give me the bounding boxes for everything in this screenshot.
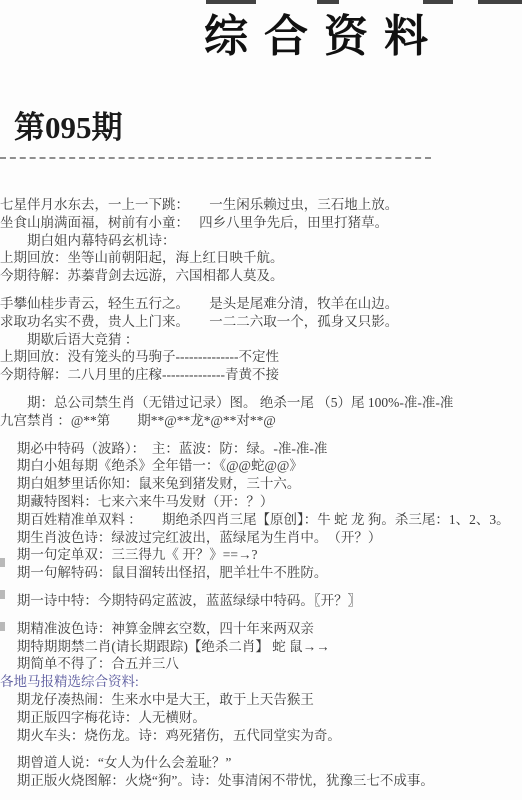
text-line: 期龙仔凑热闹：生来水中是大王，敢于上天告猴王 [0, 691, 522, 709]
cropped-glyph-fragment [423, 0, 453, 4]
text-line: 期白姐梦里话你知：鼠来兔到猪发财，三十六。 [0, 475, 522, 493]
text-line: 期藏特图料：七来六来牛马发财（开：？） [0, 493, 522, 511]
text-line: 上期回放：坐等山前朝阳起，海上红日映千航。 [0, 249, 522, 267]
text-line: 求取功名实不费，贵人上门来。 一二二六取一个，孤身又只影。 [0, 313, 522, 331]
scanned-lottery-info-sheet: { "page": { "title": "综合资料", "issue": "第… [0, 0, 522, 800]
text-line: 期必中特码（波路）： 主：蓝波：防：绿。-准-准-准 [0, 440, 522, 458]
text-line: 期正版火烧图解：火烧“狗”。诗：处事清闲不带忧，犹豫三七不成事。 [0, 772, 522, 790]
text-line: 期生肖波色诗：绿波过完红波出，蓝绿尾为生肖中。 （开？） [0, 529, 522, 547]
text-line: 期白姐内幕特码玄机诗： [0, 232, 522, 250]
cropped-glyph-fragment [0, 590, 5, 599]
text-line: 期精准波色诗：神算金牌玄空数，四十年来两双亲 [0, 620, 522, 638]
text-line: 期歇后语大竞猜 ： [0, 331, 522, 349]
cropped-glyph-fragment [206, 0, 256, 4]
text-line: 期白小姐每期《绝杀》全年错一：《@@蛇@@》 [0, 457, 522, 475]
issue-number-heading: 第095期 [14, 110, 522, 146]
text-line: 九宫禁肖 ：@**第 期**@**龙*@**对**@ [0, 412, 522, 430]
dashed-divider [0, 157, 431, 159]
text-line: 期特期期禁二肖(请长期跟踪)【绝杀二肖】 蛇 鼠→→ [0, 638, 522, 656]
text-line: 期百姓精准单双料 ： 期绝杀四肖三尾【原创】：牛 蛇 龙 狗。杀三尾：1、2、3… [0, 511, 522, 529]
text-line: 期一句定单双：三三得九《 开？》==→? [0, 546, 522, 564]
text-line: 手攀仙桂步青云，轻生五行之。 是头是尾难分清，牧羊在山边。 [0, 295, 522, 313]
text-line: 坐食山崩满面福，树前有小童： 四乡八里争先后，田里打猪草。 [0, 214, 522, 232]
text-line: 七星伴月水东去，一上一下跳： 一生闲乐赖过虫，三石地上放。 [0, 196, 522, 214]
text-line: 今期待解：二八月里的庄稼--------------青黄不接 [0, 366, 522, 384]
body-lines: 七星伴月水东去，一上一下跳： 一生闲乐赖过虫，三石地上放。坐食山崩满面福，树前有… [0, 196, 522, 790]
cropped-glyph-fragment [0, 558, 5, 567]
cropped-glyph-fragment [317, 0, 339, 4]
cropped-glyph-fragment [478, 0, 522, 4]
text-line: 上期回放：没有笼头的马驹子--------------不定性 [0, 348, 522, 366]
cropped-glyph-fragment [0, 622, 5, 631]
text-line: 期一句解特码：鼠目溜转出怪招，肥羊壮牛不胜防。 [0, 564, 522, 582]
text-line: 期：总公司禁生肖（无错过记录）图。 绝杀一尾 （5）尾 100%-准-准-准 [0, 394, 522, 412]
page-title: 综合资料 [204, 10, 522, 64]
text-line: 期简单不得了：合五并三八 [0, 655, 522, 673]
text-line: 期一诗中特：今期特码定蓝波，蓝蓝绿绿中特码。〖开？〗 [0, 592, 522, 610]
text-line: 期正版四字梅花诗：人无横财。 [0, 709, 522, 727]
text-line: 今期待解：苏蓁背剑去远游，六国相都人莫及。 [0, 267, 522, 285]
text-line: 各地马报精选综合资料: [0, 673, 522, 691]
text-line: 期曾道人说：“女人为什么会羞耻？” [0, 754, 522, 772]
text-line: 期火车头：烧伤龙。诗：鸡死猪伤，五代同堂实为奇。 [0, 727, 522, 745]
